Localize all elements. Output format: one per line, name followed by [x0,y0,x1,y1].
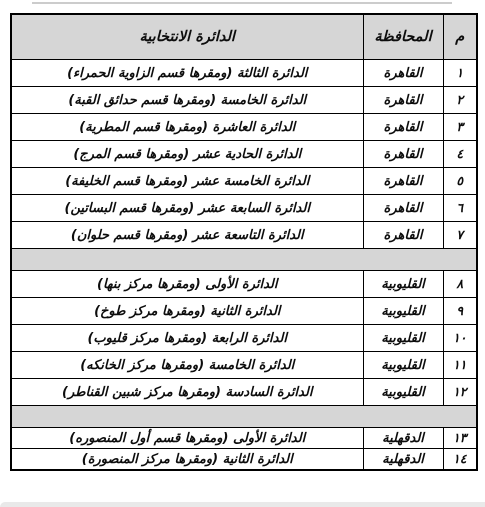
table-row: ١٤ الدقهلية الدائرة الثانية (ومقرها مركز… [11,449,477,471]
table-row: ١ القاهرة الدائرة الثالثة (ومقرها قسم ال… [11,60,477,87]
table-row: ٦ القاهرة الدائرة السابعة عشر (ومقرها قس… [11,195,477,222]
governorate-cell: القاهرة [363,87,443,114]
table-row: ٩ القليوبية الدائرة الثانية (ومقرها مركز… [11,298,477,325]
number-cell: ٣ [443,114,477,141]
governorate-cell: القليوبية [363,325,443,352]
district-cell: الدائرة التاسعة عشر (ومقرها قسم حلوان) [11,222,363,249]
group-separator-cell [11,249,477,271]
number-cell: ١٤ [443,449,477,471]
district-cell: الدائرة السادسة (ومقرها مركز شبين القناط… [11,379,363,406]
governorate-cell: الدقهلية [363,449,443,471]
group-separator-cell [11,406,477,428]
district-cell: الدائرة الثانية (ومقرها مركز المنصورة) [11,449,363,471]
electoral-districts-table: م المحافظة الدائرة الانتخابية ١ القاهرة … [10,13,478,471]
table-row: ٥ القاهرة الدائرة الخامسة عشر (ومقرها قس… [11,168,477,195]
header-governorate: المحافظة [363,14,443,60]
district-cell: الدائرة الخامسة عشر (ومقرها قسم الخليفة) [11,168,363,195]
district-cell: الدائرة الثانية (ومقرها مركز طوخ) [11,298,363,325]
governorate-cell: القاهرة [363,168,443,195]
governorate-cell: القاهرة [363,222,443,249]
governorate-cell: القليوبية [363,352,443,379]
table-row: ١٠ القليوبية الدائرة الرابعة (ومقرها مرك… [11,325,477,352]
governorate-cell: القاهرة [363,60,443,87]
governorate-cell: القليوبية [363,271,443,298]
district-cell: الدائرة الأولى (ومقرها قسم أول المنصوره) [11,428,363,449]
district-cell: الدائرة الأولى (ومقرها مركز بنها) [11,271,363,298]
district-cell: الدائرة الثالثة (ومقرها قسم الزاوية الحم… [11,60,363,87]
district-cell: الدائرة الخامسة (ومقرها مركز الخانكه) [11,352,363,379]
governorate-cell: القاهرة [363,114,443,141]
number-cell: ٨ [443,271,477,298]
header-district: الدائرة الانتخابية [11,14,363,60]
table-row: ٧ القاهرة الدائرة التاسعة عشر (ومقرها قس… [11,222,477,249]
table-row: ٢ القاهرة الدائرة الخامسة (ومقرها قسم حد… [11,87,477,114]
governorate-cell: القليوبية [363,298,443,325]
group-separator-row [11,406,477,428]
table-row: ٨ القليوبية الدائرة الأولى (ومقرها مركز … [11,271,477,298]
number-cell: ٩ [443,298,477,325]
top-edge-line [32,2,452,4]
governorate-cell: القليوبية [363,379,443,406]
table-row: ١٢ القليوبية الدائرة السادسة (ومقرها مرك… [11,379,477,406]
header-number: م [443,14,477,60]
district-cell: الدائرة العاشرة (ومقرها قسم المطرية) [11,114,363,141]
table-row: ٣ القاهرة الدائرة العاشرة (ومقرها قسم ال… [11,114,477,141]
governorate-cell: الدقهلية [363,428,443,449]
district-cell: الدائرة الخامسة (ومقرها قسم حدائق القبة) [11,87,363,114]
district-cell: الدائرة الحادية عشر (ومقرها قسم المرج) [11,141,363,168]
number-cell: ٤ [443,141,477,168]
number-cell: ١٢ [443,379,477,406]
governorate-cell: القاهرة [363,141,443,168]
table-header-row: م المحافظة الدائرة الانتخابية [11,14,477,60]
page-bottom-edge [0,502,485,507]
number-cell: ١٣ [443,428,477,449]
number-cell: ١ [443,60,477,87]
table-row: ١١ القليوبية الدائرة الخامسة (ومقرها مرك… [11,352,477,379]
page: { "page": { "bg_color": "#ffffff", "top_… [0,0,485,507]
table-row: ٤ القاهرة الدائرة الحادية عشر (ومقرها قس… [11,141,477,168]
electoral-districts-table-wrap: م المحافظة الدائرة الانتخابية ١ القاهرة … [10,13,478,471]
number-cell: ٥ [443,168,477,195]
governorate-cell: القاهرة [363,195,443,222]
number-cell: ١١ [443,352,477,379]
district-cell: الدائرة السابعة عشر (ومقرها قسم البساتين… [11,195,363,222]
number-cell: ١٠ [443,325,477,352]
group-separator-row [11,249,477,271]
number-cell: ٧ [443,222,477,249]
district-cell: الدائرة الرابعة (ومقرها مركز قليوب) [11,325,363,352]
number-cell: ٢ [443,87,477,114]
table-row: ١٣ الدقهلية الدائرة الأولى (ومقرها قسم أ… [11,428,477,449]
number-cell: ٦ [443,195,477,222]
